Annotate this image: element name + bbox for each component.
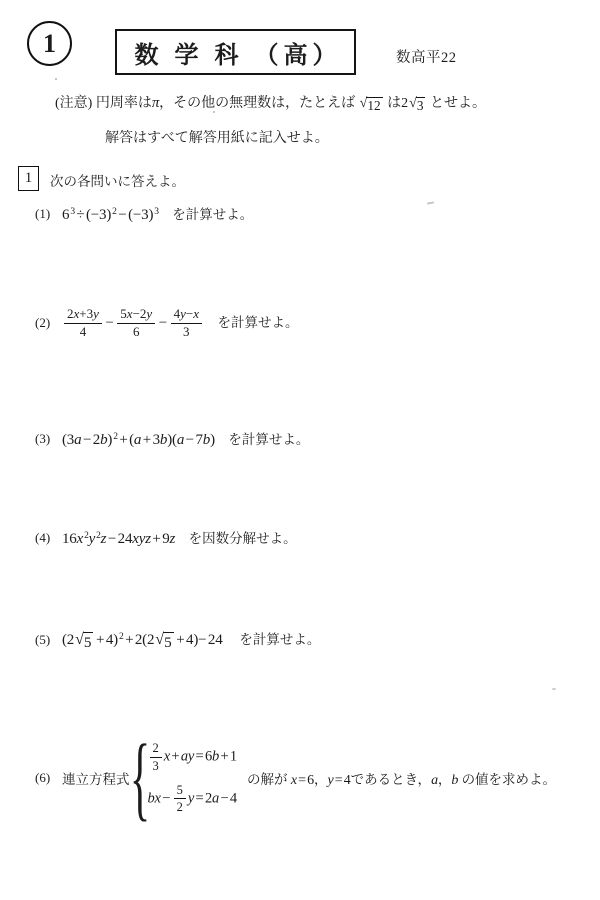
problem-6-number: (6)	[35, 770, 62, 786]
problem-4-number: (4)	[35, 530, 62, 546]
problem-1: (1) 63 ÷ (−3)2 − (−3)3 を計算せよ。	[35, 203, 253, 224]
problem-6-intro: 連立方程式	[62, 768, 130, 788]
scan-speck	[427, 201, 434, 204]
problem-2: (2) 2x+3y4 − 5x−2y6 − 4y−x3 を計算せよ。	[35, 307, 298, 340]
exam-page: 1 数 学 科 （高） 数高平22 (注意) 円周率はπ，その他の無理数は，たと…	[0, 0, 600, 900]
circled-page-number: 1	[27, 21, 72, 66]
section-number: 1	[25, 170, 33, 187]
problem-2-body: 2x+3y4 − 5x−2y6 − 4y−x3 を計算せよ。	[62, 307, 298, 340]
equation-1: 23x + ay = 6b + 1	[148, 741, 237, 773]
problem-6: (6) 連立方程式 { 23x + ay = 6b + 1 bx − 52y =…	[35, 734, 556, 822]
problem-5: (5) (2√5 + 4)2 + 2(2√5 + 4)− 24 を計算せよ。	[35, 628, 320, 652]
problem-5-number: (5)	[35, 632, 62, 648]
system-brace: {	[135, 734, 144, 822]
problem-6-suffix: の解が x = 6，y = 4であるとき，a，b の値を求めよ。	[247, 768, 556, 789]
circled-page-number-text: 1	[43, 29, 56, 59]
equation-system: 23x + ay = 6b + 1 bx − 52y = 2a − 4	[148, 741, 237, 815]
section-number-box: 1	[18, 166, 39, 191]
problem-1-number: (1)	[35, 206, 62, 222]
problem-3: (3) (3a − 2b)2 + (a + 3b)(a − 7b) を計算せよ。	[35, 428, 309, 449]
problem-3-body: (3a − 2b)2 + (a + 3b)(a − 7b) を計算せよ。	[62, 428, 309, 449]
scan-speck	[55, 78, 57, 80]
problem-4: (4) 16x2y2z − 24xyz + 9z を因数分解せよ。	[35, 527, 297, 548]
problem-2-number: (2)	[35, 315, 62, 331]
subject-title-box: 数 学 科 （高）	[115, 29, 356, 75]
notice-line-2: 解答はすべて解答用紙に記入せよ。	[105, 127, 329, 147]
scan-speck	[552, 688, 556, 690]
notice-line-1: (注意) 円周率はπ，その他の無理数は，たとえば √12 は2√3 とせよ。	[55, 92, 486, 115]
problem-3-number: (3)	[35, 431, 62, 447]
section-prompt: 次の各問いに答えよ。	[50, 170, 185, 190]
problem-5-body: (2√5 + 4)2 + 2(2√5 + 4)− 24 を計算せよ。	[62, 628, 320, 652]
subject-title: 数 学 科 （高）	[130, 35, 342, 70]
problem-4-body: 16x2y2z − 24xyz + 9z を因数分解せよ。	[62, 527, 297, 548]
exam-code: 数高平22	[396, 46, 457, 67]
equation-2: bx − 52y = 2a − 4	[148, 783, 237, 815]
problem-1-body: 63 ÷ (−3)2 − (−3)3 を計算せよ。	[62, 203, 253, 224]
scan-speck	[213, 111, 215, 113]
